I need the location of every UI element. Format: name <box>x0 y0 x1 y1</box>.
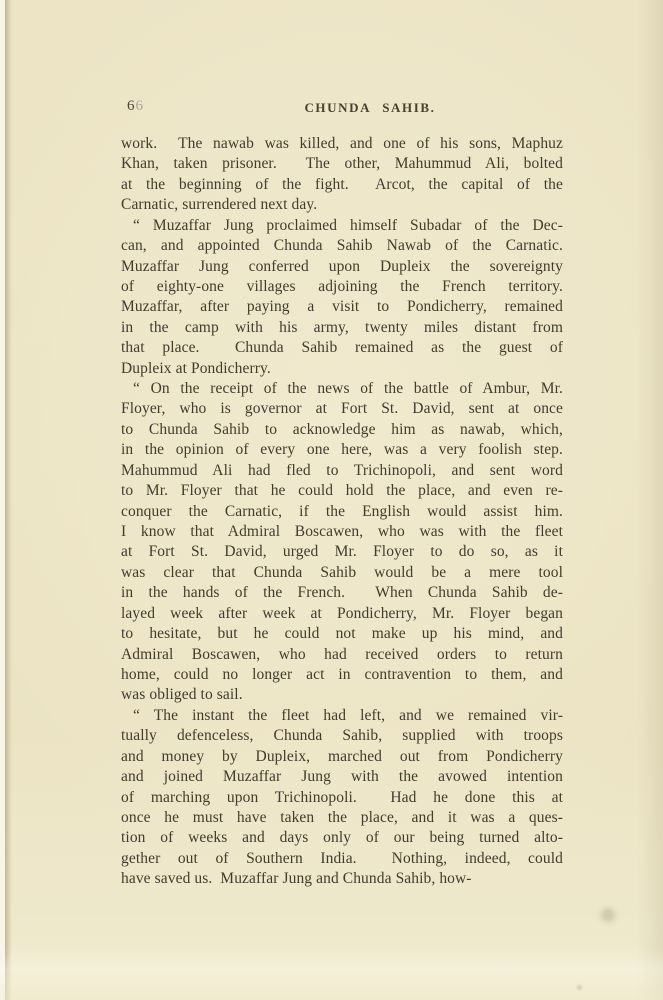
text-line: of marching upon Trichinopoli. Had he do… <box>121 788 563 808</box>
text-line: Carnatic, surrendered next day. <box>121 195 563 215</box>
text-line: conquer the Carnatic, if the English wou… <box>121 502 563 522</box>
text-line: work. The nawab was killed, and one of h… <box>121 134 563 154</box>
text-line: “ On the receipt of the news of the batt… <box>121 379 563 399</box>
running-title: CHUNDA SAHIB. <box>149 100 591 116</box>
text-line: Khan, taken prisoner. The other, Mahummu… <box>121 154 563 174</box>
text-line: at the beginning of the fight. Arcot, th… <box>121 175 563 195</box>
paper-speck <box>577 985 582 990</box>
text-line: at Fort St. David, urged Mr. Floyer to d… <box>121 542 563 562</box>
text-line: once he must have taken the place, and i… <box>121 808 563 828</box>
page-edge-right <box>637 0 663 1000</box>
text-column: work. The nawab was killed, and one of h… <box>121 134 563 890</box>
text-line: layed week after week at Pondicherry, Mr… <box>121 604 563 624</box>
text-line: to hesitate, but he could not make up hi… <box>121 624 563 644</box>
paragraph: work. The nawab was killed, and one of h… <box>121 134 563 216</box>
paragraph: “ On the receipt of the news of the batt… <box>121 379 563 706</box>
text-line: Muzaffar, after paying a visit to Pondic… <box>121 297 563 317</box>
text-line: I know that Admiral Boscawen, who was wi… <box>121 522 563 542</box>
text-line: have saved us. Muzaffar Jung and Chunda … <box>121 869 563 889</box>
paper-speck <box>601 908 615 922</box>
paragraph: “ Muzaffar Jung proclaimed himself Subad… <box>121 216 563 379</box>
text-line: Dupleix at Pondicherry. <box>121 359 563 379</box>
page-edge-shadow <box>5 0 12 1000</box>
text-line: “ The instant the fleet had left, and we… <box>121 706 563 726</box>
text-line: Admiral Boscawen, who had received order… <box>121 645 563 665</box>
text-line: and money by Dupleix, marched out from P… <box>121 747 563 767</box>
text-line: that place. Chunda Sahib remained as the… <box>121 338 563 358</box>
text-line: in the opinion of every one here, was a … <box>121 440 563 460</box>
text-line: “ Muzaffar Jung proclaimed himself Subad… <box>121 216 563 236</box>
page-edge-bottom <box>0 948 663 1000</box>
paragraph: “ The instant the fleet had left, and we… <box>121 706 563 890</box>
text-line: was clear that Chunda Sahib would be a m… <box>121 563 563 583</box>
text-line: Mahummud Ali had fled to Trichinopoli, a… <box>121 461 563 481</box>
text-line: and joined Muzaffar Jung with the avowed… <box>121 767 563 787</box>
page-number-digit-faint: 6 <box>136 98 145 114</box>
text-line: gether out of Southern India. Nothing, i… <box>121 849 563 869</box>
text-line: tually defenceless, Chunda Sahib, suppli… <box>121 726 563 746</box>
page-number: 66 <box>127 98 144 115</box>
text-line: home, could no longer act in contraventi… <box>121 665 563 685</box>
text-line: can, and appointed Chunda Sahib Nawab of… <box>121 236 563 256</box>
text-line: Muzaffar Jung conferred upon Dupleix the… <box>121 257 563 277</box>
text-line: of eighty-one villages adjoining the Fre… <box>121 277 563 297</box>
page-number-digit: 6 <box>127 98 136 114</box>
book-page-scan: 66 CHUNDA SAHIB. work. The nawab was kil… <box>0 0 663 1000</box>
text-line: Floyer, who is governor at Fort St. Davi… <box>121 399 563 419</box>
text-line: in the hands of the French. When Chunda … <box>121 583 563 603</box>
text-line: to Chunda Sahib to acknowledge him as na… <box>121 420 563 440</box>
page-header: 66 CHUNDA SAHIB. <box>121 96 563 120</box>
text-line: in the camp with his army, twenty miles … <box>121 318 563 338</box>
text-line: to Mr. Floyer that he could hold the pla… <box>121 481 563 501</box>
text-line: tion of weeks and days only of our being… <box>121 828 563 848</box>
text-line: was obliged to sail. <box>121 685 563 705</box>
